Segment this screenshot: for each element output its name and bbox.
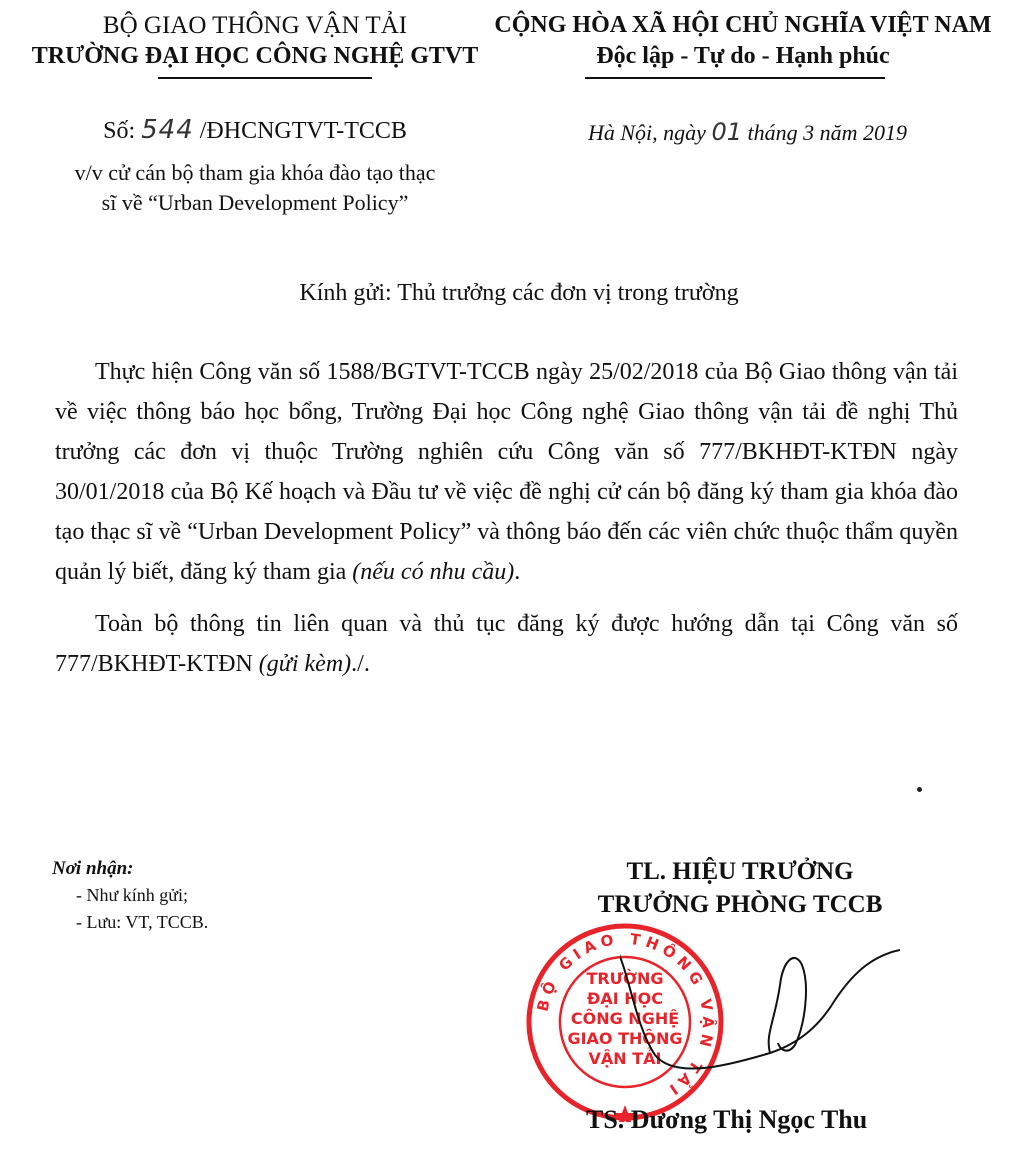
document-date: Hà Nội, ngày 01 tháng 3 năm 2019 [588,118,907,146]
ministry-name: BỘ GIAO THÔNG VẬN TẢI [20,10,490,41]
national-motto: Độc lập - Tự do - Hạnh phúc [478,41,1008,71]
addressee: Kính gửi: Thủ trưởng các đơn vị trong tr… [0,280,1024,307]
handwritten-signature [620,945,900,1075]
school-name: TRƯỜNG ĐẠI HỌC CÔNG NGHỆ GTVT [20,41,490,71]
distribution-item: - Như kính gửi; [52,882,208,909]
distribution-list: Nơi nhận: - Như kính gửi; - Lưu: VT, TCC… [52,855,208,936]
subject-line-2: sĩ về “Urban Development Policy” [20,188,490,218]
distribution-title: Nơi nhận: [52,855,208,882]
handwritten-number: 544 [141,115,194,145]
italic-note: (nếu có nhu cầu) [352,559,514,585]
nation-name: CỘNG HÒA XÃ HỘI CHỦ NGHĨA VIỆT NAM [478,10,1008,41]
signature-title-line-1: TL. HIỆU TRƯỞNG [560,855,920,888]
motto-underline [585,77,885,79]
signature-stroke-icon [620,945,900,1075]
number-prefix: Số: [103,118,135,144]
signature-title: TL. HIỆU TRƯỞNG TRƯỞNG PHÒNG TCCB [560,855,920,921]
signer-name: TS. Dương Thị Ngọc Thu [586,1105,867,1135]
body-paragraph-1: Thực hiện Công văn số 1588/BGTVT-TCCB ng… [55,352,958,592]
handwritten-day: 01 [711,118,742,146]
scan-speck [917,787,922,792]
signature-title-line-2: TRƯỞNG PHÒNG TCCB [560,888,920,921]
document-body: Thực hiện Công văn số 1588/BGTVT-TCCB ng… [55,352,958,684]
body-paragraph-2: Toàn bộ thông tin liên quan và thủ tục đ… [55,604,958,684]
distribution-item: - Lưu: VT, TCCB. [52,909,208,936]
header-underline [158,77,372,79]
national-header: CỘNG HÒA XÃ HỘI CHỦ NGHĨA VIỆT NAM Độc l… [478,10,1008,79]
italic-note: (gửi kèm) [259,651,351,677]
document-subject: v/v cử cán bộ tham gia khóa đào tạo thạc… [20,158,490,218]
issuer-header: BỘ GIAO THÔNG VẬN TẢI TRƯỜNG ĐẠI HỌC CÔN… [20,10,490,79]
date-suffix: tháng 3 năm 2019 [748,120,908,145]
document-number: Số: 544 /ĐHCNGTVT-TCCB [55,115,455,145]
subject-line-1: v/v cử cán bộ tham gia khóa đào tạo thạc [20,158,490,188]
date-prefix: Hà Nội, ngày [588,120,706,145]
number-code: /ĐHCNGTVT-TCCB [200,118,407,144]
